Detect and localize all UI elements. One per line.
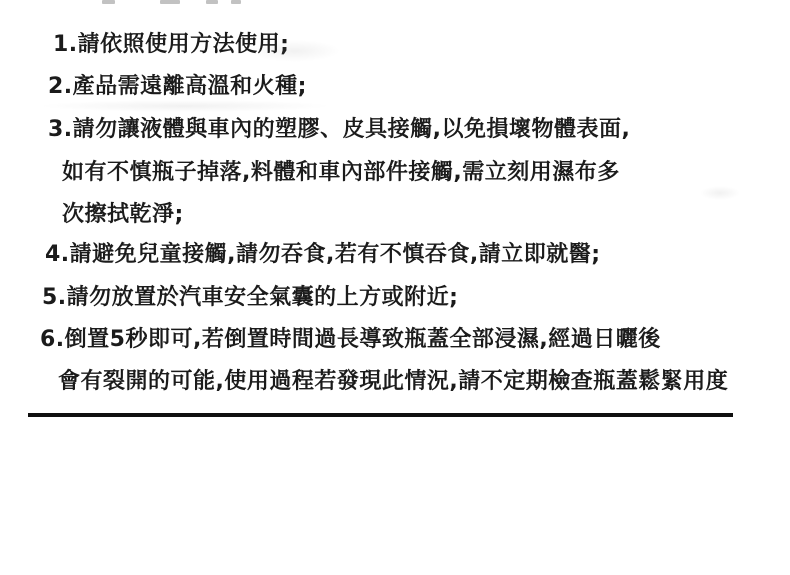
instruction-line-1: 1.請依照使用方法使用; <box>53 31 289 59</box>
divider-line <box>28 413 733 417</box>
instruction-line-3: 3.請勿讓液體與車內的塑膠、皮具接觸,以免損壞物體表面, <box>48 116 630 144</box>
instruction-line-3-continuation-2: 次擦拭乾淨; <box>62 201 184 229</box>
cropped-glyph-mark <box>102 0 115 4</box>
instruction-sheet: 1.請依照使用方法使用; 2.產品需遠離高溫和火種; 3.請勿讓液體與車內的塑膠… <box>0 0 790 575</box>
instruction-line-5: 5.請勿放置於汽車安全氣囊的上方或附近; <box>42 284 458 312</box>
instruction-line-3-continuation-1: 如有不慎瓶子掉落,料體和車內部件接觸,需立刻用濕布多 <box>62 159 620 187</box>
instruction-line-4: 4.請避免兒童接觸,請勿吞食,若有不慎吞食,請立即就醫; <box>45 241 601 269</box>
scan-smudge <box>700 186 740 200</box>
cropped-glyph-mark <box>206 0 218 4</box>
instruction-line-6: 6.倒置5秒即可,若倒置時間過長導致瓶蓋全部浸濕,經過日曬後 <box>40 326 661 354</box>
cropped-glyph-mark <box>160 0 180 4</box>
scan-smudge <box>40 100 330 112</box>
instruction-line-2: 2.產品需遠離高溫和火種; <box>48 73 307 101</box>
instruction-line-6-continuation: 會有裂開的可能,使用過程若發現此情況,請不定期檢查瓶蓋鬆緊用度 <box>58 368 728 396</box>
cropped-glyph-mark <box>231 0 241 4</box>
